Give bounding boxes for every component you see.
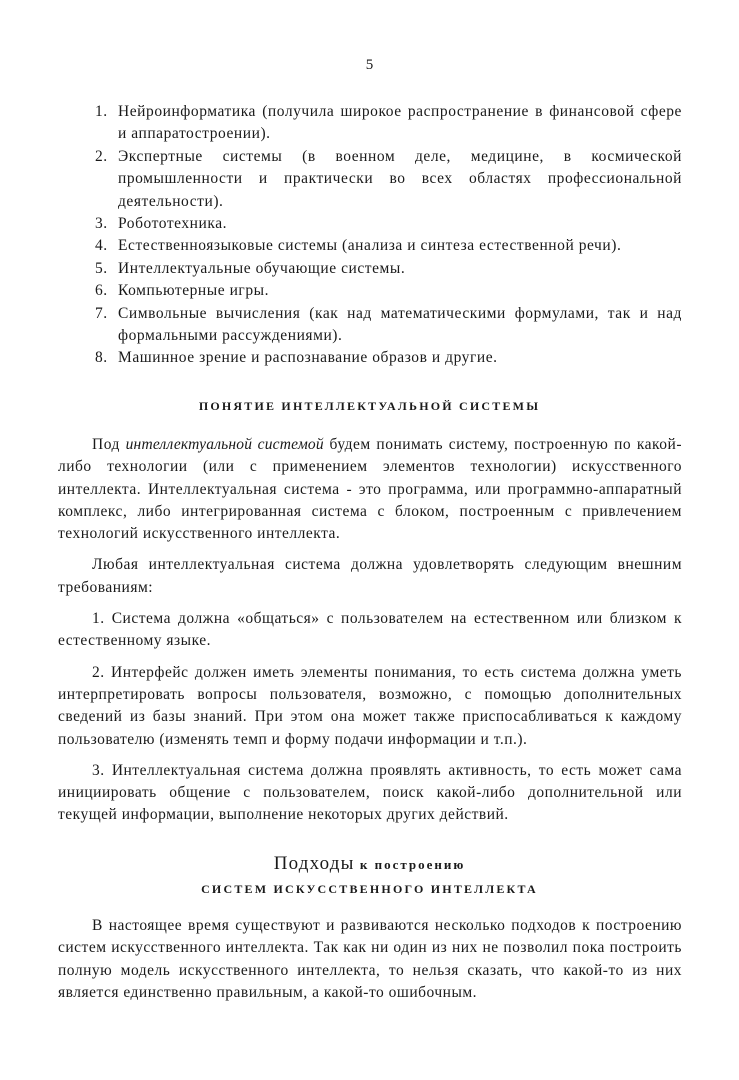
list-item-number: 4. <box>95 235 108 257</box>
list-item-text: Нейроинформатика (получила широкое распр… <box>118 103 682 142</box>
heading-rest: к построению <box>355 857 466 872</box>
list-item: 6. Компьютерные игры. <box>92 280 682 302</box>
section-subheading-ai-systems: СИСТЕМ ИСКУССТВЕННОГО ИНТЕЛЛЕКТА <box>0 882 739 897</box>
document-page: 5 1. Нейроинформатика (получила широкое … <box>0 0 739 1080</box>
definition-paragraph: Под интеллектуальной системой будем пони… <box>58 434 682 545</box>
requirement-item: 2. Интерфейс должен иметь элементы поним… <box>58 662 682 751</box>
list-item-number: 5. <box>95 258 108 280</box>
section-heading-approaches: Подходы к построению <box>0 853 739 875</box>
list-item: 5. Интеллектуальные обучающие системы. <box>92 258 682 280</box>
list-item-text: Компьютерные игры. <box>118 282 269 299</box>
list-item-number: 3. <box>95 213 108 235</box>
list-item: 2. Экспертные системы (в военном деле, м… <box>92 146 682 213</box>
definition-lead: Под <box>92 436 126 453</box>
defined-term: интеллектуальной системой <box>126 436 324 453</box>
list-item-text: Символьные вычисления (как над математич… <box>118 305 682 344</box>
list-item-number: 2. <box>95 146 108 168</box>
requirements-intro: Любая интеллектуальная система должна уд… <box>58 554 682 599</box>
requirement-item: 1. Система должна «общаться» с пользоват… <box>58 608 682 653</box>
list-item: 1. Нейроинформатика (получила широкое ра… <box>92 101 682 146</box>
applications-list: 1. Нейроинформатика (получила широкое ра… <box>92 101 682 370</box>
list-item-text: Интеллектуальные обучающие системы. <box>118 260 405 277</box>
list-item-text: Экспертные системы (в военном деле, меди… <box>118 148 682 210</box>
page-number: 5 <box>0 57 739 74</box>
list-item-number: 1. <box>95 101 108 123</box>
heading-lead-word: Подходы <box>274 853 355 874</box>
list-item: 3. Робототехника. <box>92 213 682 235</box>
list-item-number: 8. <box>95 347 108 369</box>
list-item-number: 7. <box>95 303 108 325</box>
list-item-text: Естественноязыковые системы (анализа и с… <box>118 237 621 254</box>
section1-body: Под интеллектуальной системой будем пони… <box>58 434 682 827</box>
list-item-number: 6. <box>95 280 108 302</box>
list-item: 4. Естественноязыковые системы (анализа … <box>92 235 682 257</box>
requirement-item: 3. Интеллектуальная система должна прояв… <box>58 760 682 827</box>
list-item-text: Робототехника. <box>118 215 227 232</box>
approaches-paragraph: В настоящее время существуют и развивают… <box>58 915 682 1004</box>
list-item: 8. Машинное зрение и распознавание образ… <box>92 347 682 369</box>
list-item: 7. Символьные вычисления (как над матема… <box>92 303 682 348</box>
section-heading-intelligent-system: ПОНЯТИЕ ИНТЕЛЛЕКТУАЛЬНОЙ СИСТЕМЫ <box>0 399 739 414</box>
section2-body: В настоящее время существуют и развивают… <box>58 915 682 1004</box>
list-item-text: Машинное зрение и распознавание образов … <box>118 349 498 366</box>
